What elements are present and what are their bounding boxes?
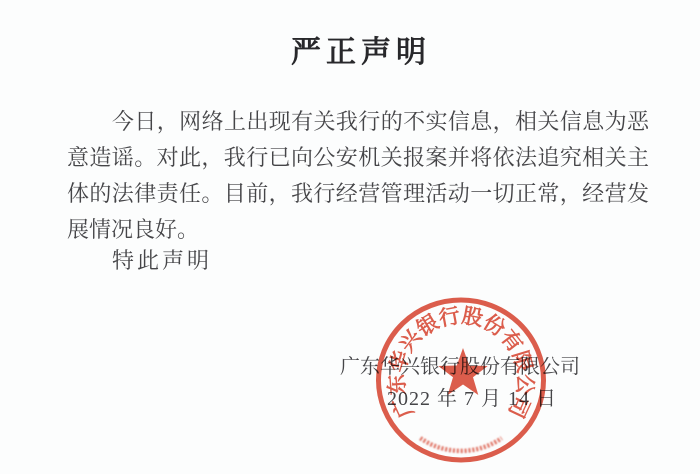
seal-serial-blur: [420, 438, 501, 451]
closing-statement: 特此声明: [67, 243, 212, 279]
body-line: 今日，网络上出现有关我行的不实信息，相关信息为恶: [67, 104, 649, 140]
body-line: 体的法律责任。目前，我行经营管理活动一切正常，经营发: [67, 176, 649, 212]
official-seal: 广 东 华 兴 银 行 股 份 有 限 公 司: [361, 280, 561, 474]
document-page: 严正声明 今日，网络上出现有关我行的不实信息，相关信息为恶 意造谣。对此，我行已…: [0, 0, 700, 474]
body-line: 意造谣。对此，我行已向公安机关报案并将依法追究相关主: [67, 140, 649, 176]
star-icon: [438, 348, 487, 395]
seal-arc-char: 广: [388, 392, 419, 421]
seal-arc-char: 公: [512, 373, 537, 396]
seal-arc-char: 行: [437, 303, 462, 330]
statement-body: 今日，网络上出现有关我行的不实信息，相关信息为恶 意造谣。对此，我行已向公安机关…: [67, 104, 649, 248]
seal-arc-char: 司: [504, 392, 535, 421]
seal-arc-char: 东: [384, 373, 409, 396]
document-title: 严正声明: [0, 27, 700, 71]
